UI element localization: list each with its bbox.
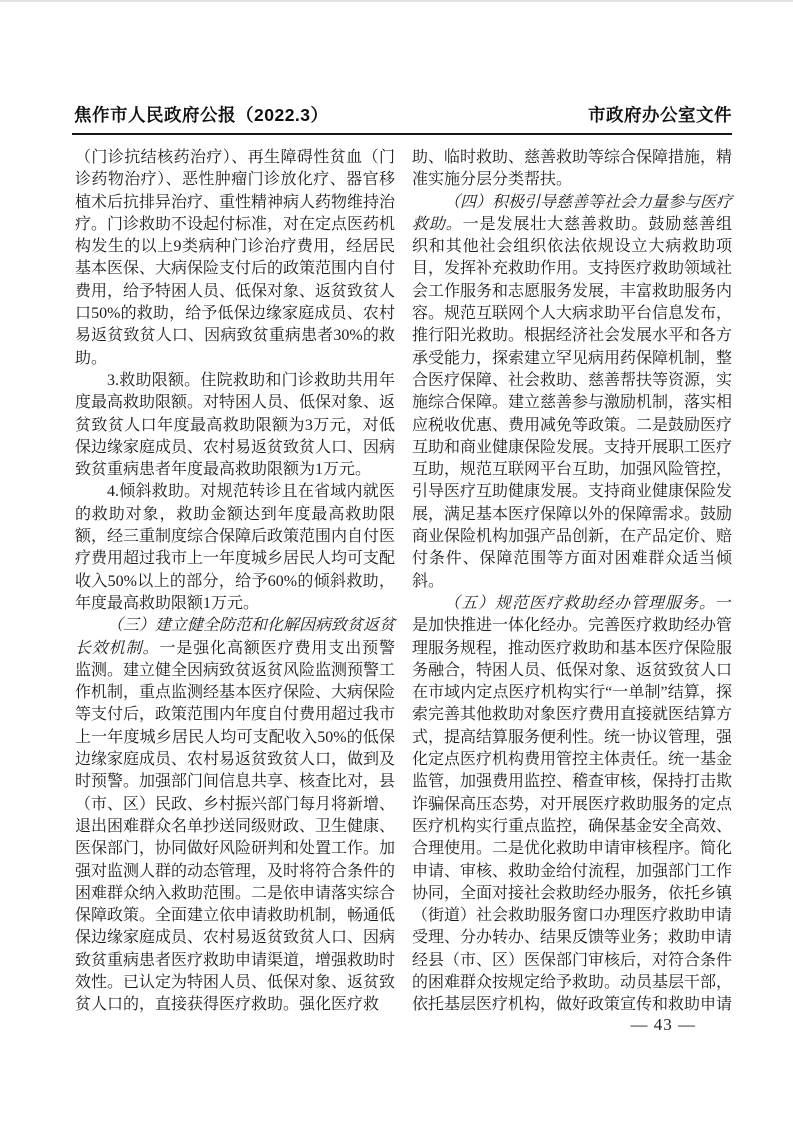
section-heading: （五）规范医疗救助经办管理服务。 — [444, 595, 716, 612]
right-column: 助、临时救助、慈善救助等综合保障措施，精准实施分层分类帮扶。（四）积极引导慈善等… — [412, 147, 732, 1017]
page-number: — 43 — — [631, 1015, 697, 1035]
text-segment: 助、临时救助、慈善救助等综合保障措施，精准实施分层分类帮扶。 — [412, 149, 732, 188]
page-header: 焦作市人民政府公报（2022.3） 市政府办公室文件 — [74, 102, 732, 127]
text-segment: 一是强化高额医疗费用支出预警监测。建立健全因病致贫返贫风险监测预警工作机制，重点… — [75, 640, 395, 1014]
paragraph: （四）积极引导慈善等社会力量参与医疗救助。一是发展壮大慈善救助。鼓励慈善组织和其… — [412, 192, 732, 593]
scan-edge-line — [0, 0, 793, 2]
paragraph: （三）建立健全防范和化解因病致贫返贫长效机制。一是强化高额医疗费用支出预警监测。… — [75, 615, 395, 1016]
paragraph: 4.倾斜救助。对规范转诊且在省域内就医的救助对象，救助金额达到年度最高救助限额，… — [75, 481, 395, 615]
left-column: （门诊抗结核药治疗）、再生障碍性贫血（门诊药物治疗）、恶性肿瘤门诊放化疗、器官移… — [75, 147, 395, 1017]
paragraph: 3.救助限额。住院救助和门诊救助共用年度最高救助限额。对特困人员、低保对象、返贫… — [75, 370, 395, 481]
header-rule — [72, 133, 732, 135]
paragraph: （门诊抗结核药治疗）、再生障碍性贫血（门诊药物治疗）、恶性肿瘤门诊放化疗、器官移… — [75, 147, 395, 370]
text-segment: 4.倾斜救助。对规范转诊且在省域内就医的救助对象，救助金额达到年度最高救助限额，… — [75, 483, 395, 611]
text-segment: 3.救助限额。住院救助和门诊救助共用年度最高救助限额。对特困人员、低保对象、返贫… — [75, 372, 395, 478]
gazette-page: 焦作市人民政府公报（2022.3） 市政府办公室文件 （门诊抗结核药治疗）、再生… — [0, 0, 793, 1122]
text-segment: 一是发展壮大慈善救助。鼓励慈善组织和其他社会组织依法依规设立大病救助项目，发挥补… — [412, 216, 732, 590]
body-text: （门诊抗结核药治疗）、再生障碍性贫血（门诊药物治疗）、恶性肿瘤门诊放化疗、器官移… — [75, 147, 732, 1017]
text-segment: 一是加快推进一体化经办。完善医疗救助经办管理服务规程，推动医疗救助和基本医疗保险… — [412, 595, 732, 1013]
text-segment: （门诊抗结核药治疗）、再生障碍性贫血（门诊药物治疗）、恶性肿瘤门诊放化疗、器官移… — [75, 149, 395, 367]
paragraph: （五）规范医疗救助经办管理服务。一是加快推进一体化经办。完善医疗救助经办管理服务… — [412, 593, 732, 1017]
header-document-category: 市政府办公室文件 — [588, 102, 732, 127]
header-publication-title: 焦作市人民政府公报（2022.3） — [74, 102, 329, 127]
paragraph: 助、临时救助、慈善救助等综合保障措施，精准实施分层分类帮扶。 — [412, 147, 732, 192]
